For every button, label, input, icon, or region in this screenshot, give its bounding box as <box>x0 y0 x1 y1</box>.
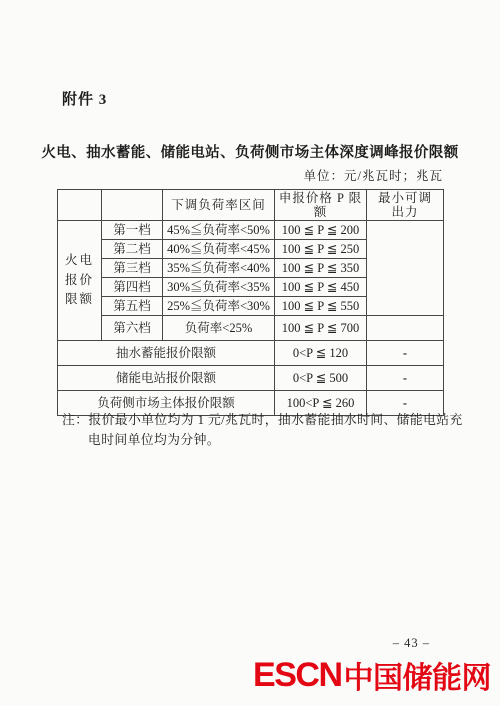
escn-logo-text-en: ESCN <box>253 656 341 695</box>
escn-logo: ESCN 中国储能网 <box>253 653 491 697</box>
tier-range: 30%≦负荷率<35% <box>163 278 275 297</box>
tier-range: 40%≦负荷率<45% <box>163 240 275 259</box>
table-row-energy-storage: 储能电站报价限额 0<P ≦ 500 - <box>58 366 444 391</box>
page-title: 火电、抽水蓄能、储能电站、负荷侧市场主体深度调峰报价限额 <box>0 141 500 162</box>
row-price: 0<P ≦ 120 <box>275 341 367 366</box>
unit-note: 单位：元/兆瓦时；兆瓦 <box>304 166 443 184</box>
tier-price: 100 ≦ P ≦ 450 <box>275 278 367 297</box>
min-output-tier-6-cell <box>367 316 444 341</box>
header-min-output: 最小可调 出力 <box>367 190 444 221</box>
tier-price: 100 ≦ P ≦ 200 <box>275 221 367 240</box>
page-number: – 43 – <box>393 636 430 651</box>
attachment-label: 附件 3 <box>62 88 107 109</box>
tier-price: 100 ≦ P ≦ 550 <box>275 297 367 316</box>
tier-price: 100 ≦ P ≦ 700 <box>275 316 367 341</box>
group-label-thermal: 火电 报价 限额 <box>58 221 102 341</box>
tier-price: 100 ≦ P ≦ 250 <box>275 240 367 259</box>
tier-label: 第五档 <box>102 297 163 316</box>
tier-label: 第一档 <box>102 221 163 240</box>
tier-label: 第四档 <box>102 278 163 297</box>
header-load-range: 下调负荷率区间 <box>163 190 275 221</box>
header-empty-cell-2 <box>102 190 163 221</box>
row-min-output: - <box>367 366 444 391</box>
tier-label: 第三档 <box>102 259 163 278</box>
row-label: 储能电站报价限额 <box>58 366 275 391</box>
tier-range: 35%≦负荷率<40% <box>163 259 275 278</box>
row-price: 0<P ≦ 500 <box>275 366 367 391</box>
price-limit-table: 下调负荷率区间 申报价格 P 限额 最小可调 出力 火电 报价 限额 第一档 4… <box>57 189 444 416</box>
table-row-tier-6: 第六档 负荷率<25% 100 ≦ P ≦ 700 <box>58 316 444 341</box>
row-min-output: - <box>367 341 444 366</box>
document-page: 附件 3 火电、抽水蓄能、储能电站、负荷侧市场主体深度调峰报价限额 单位：元/兆… <box>0 0 500 706</box>
tier-label: 第二档 <box>102 240 163 259</box>
header-price-limit: 申报价格 P 限额 <box>275 190 367 221</box>
tier-range: 45%≦负荷率<50% <box>163 221 275 240</box>
tier-range: 负荷率<25% <box>163 316 275 341</box>
escn-logo-text-cn: 中国储能网 <box>344 653 492 697</box>
footnote: 注：报价最小单位均为 1 元/兆瓦时，抽水蓄能抽水时间、储能电站充 电时间单位均… <box>62 410 490 451</box>
table-row-pumped-storage: 抽水蓄能报价限额 0<P ≦ 120 - <box>58 341 444 366</box>
tier-price: 100 ≦ P ≦ 350 <box>275 259 367 278</box>
min-output-merged-cell <box>367 221 444 316</box>
row-label: 抽水蓄能报价限额 <box>58 341 275 366</box>
header-empty-cell-1 <box>58 190 102 221</box>
table-row-tier-1: 火电 报价 限额 第一档 45%≦负荷率<50% 100 ≦ P ≦ 200 <box>58 221 444 240</box>
tier-label: 第六档 <box>102 316 163 341</box>
tier-range: 25%≦负荷率<30% <box>163 297 275 316</box>
table-header-row: 下调负荷率区间 申报价格 P 限额 最小可调 出力 <box>58 190 444 221</box>
